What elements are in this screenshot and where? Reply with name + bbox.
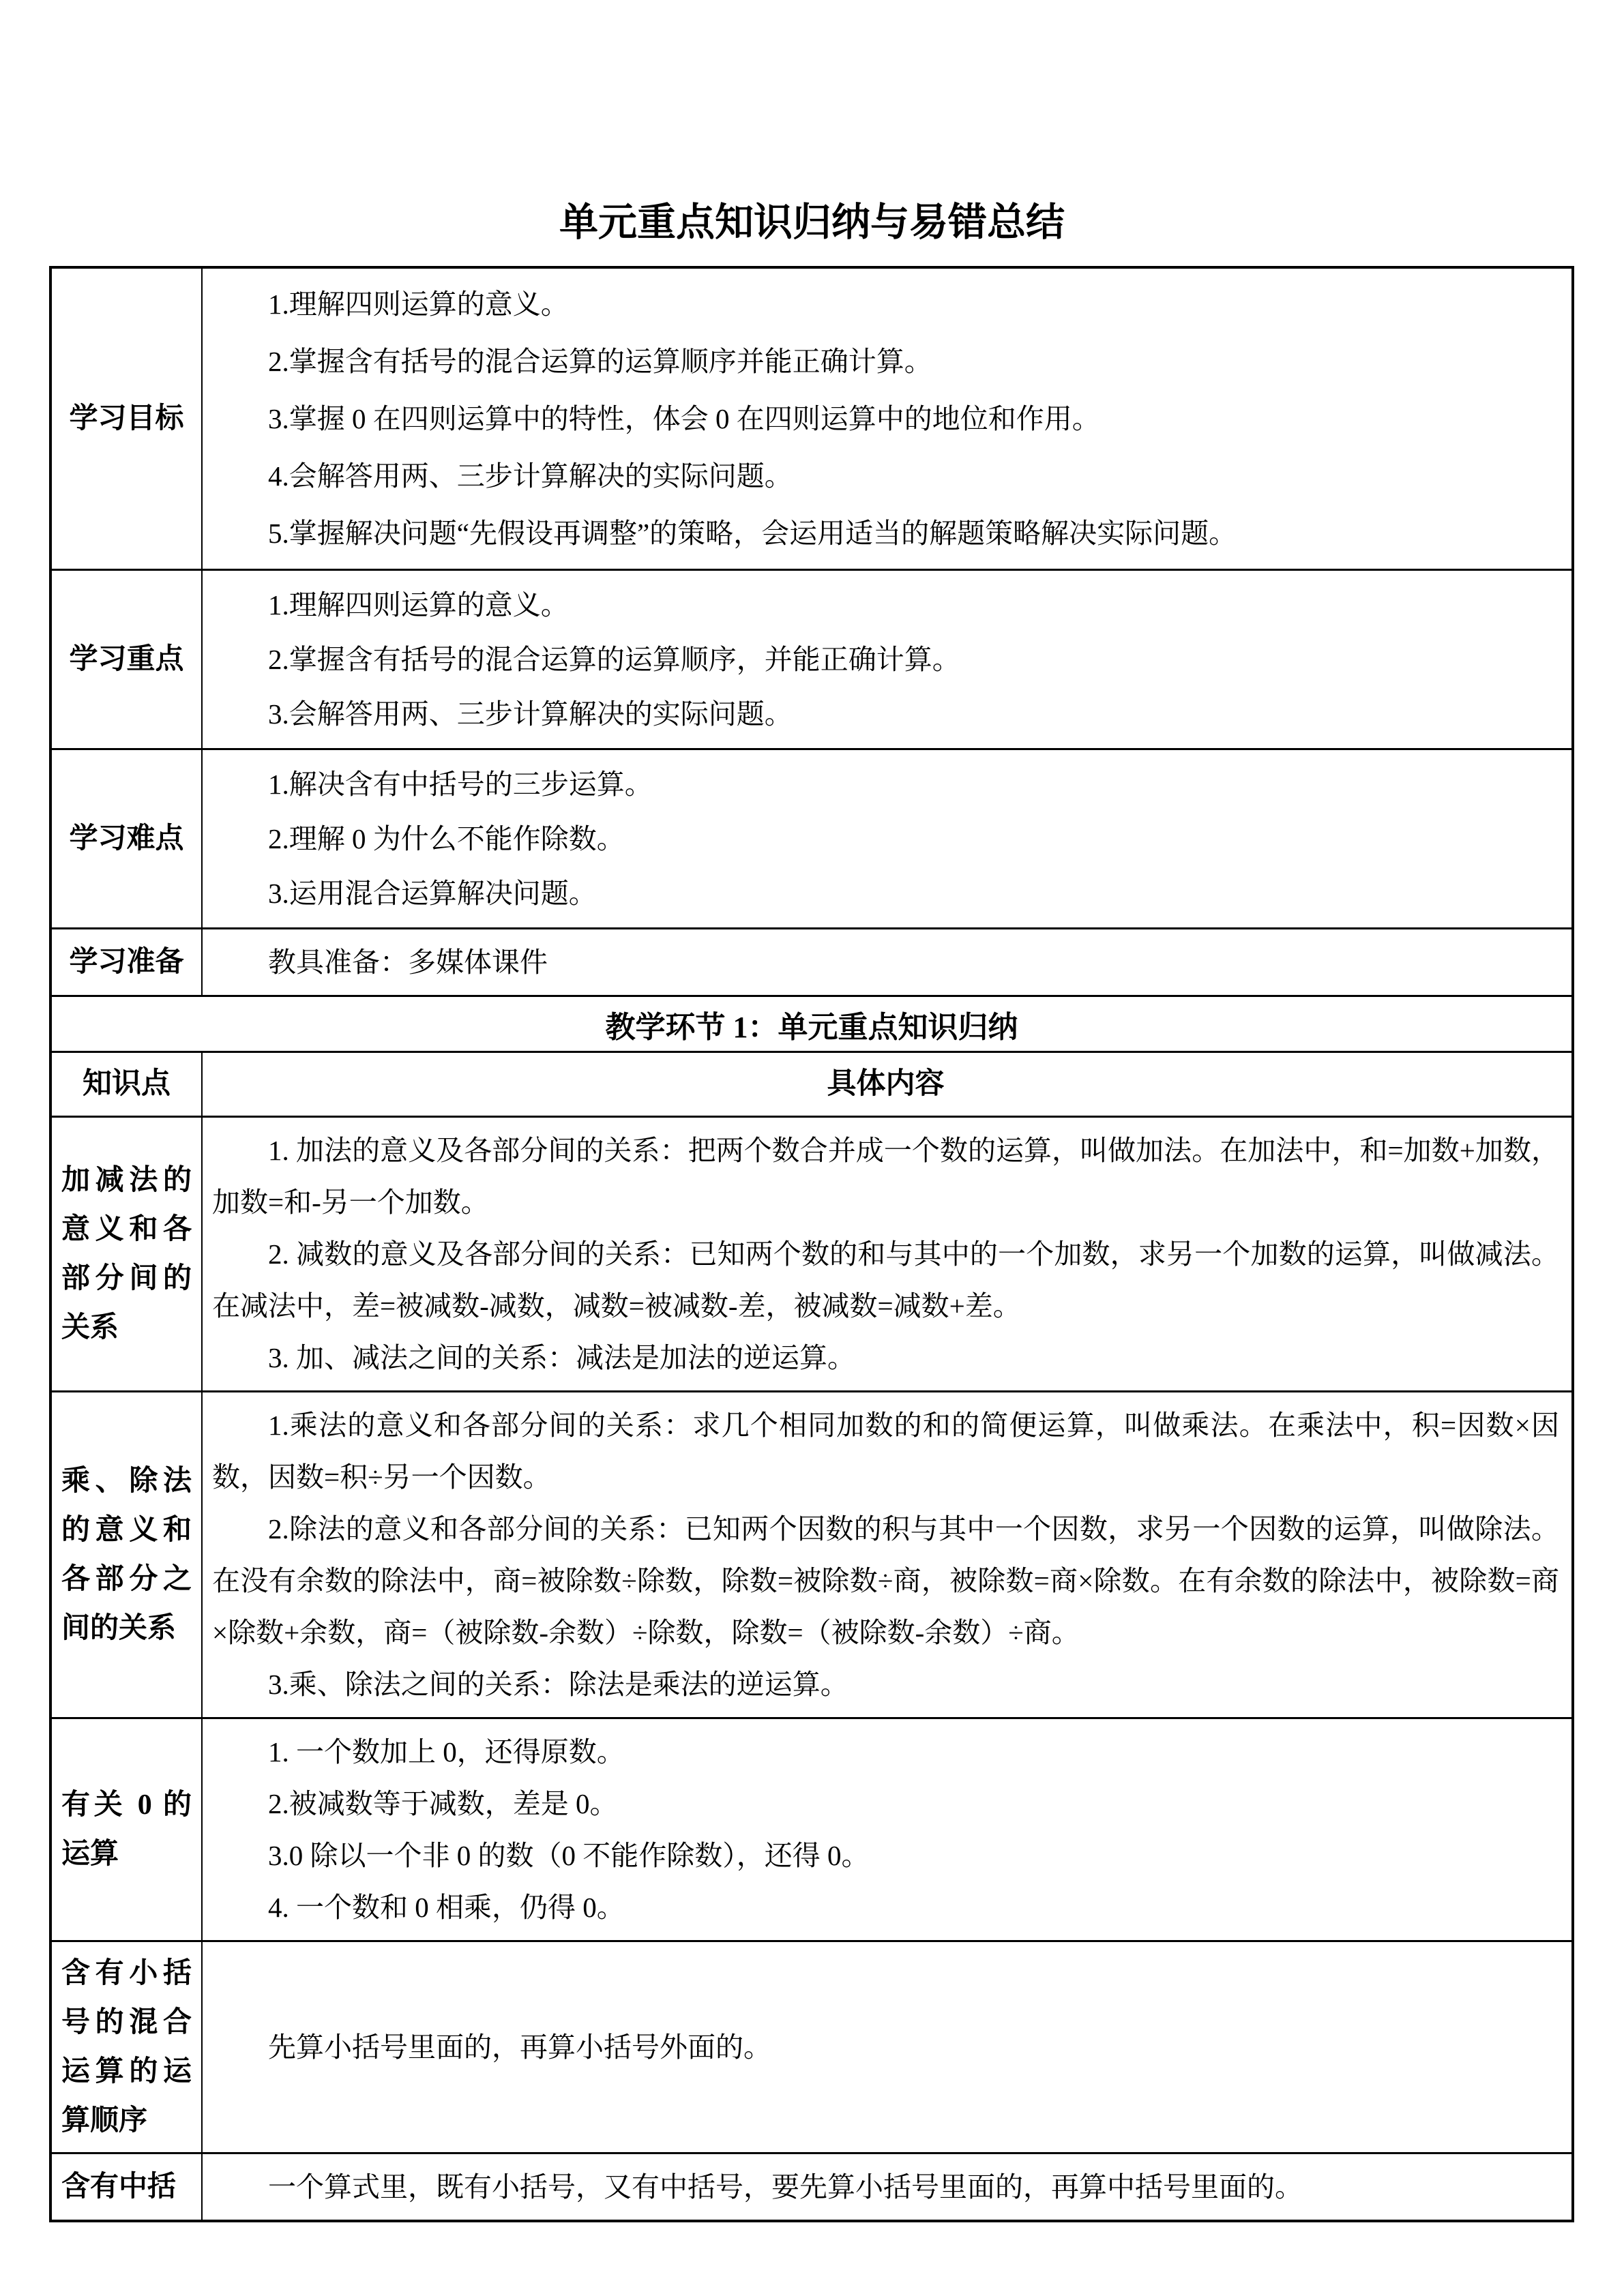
difficulty-item: 2.理解 0 为什么不能作除数。: [212, 811, 1559, 866]
content-cell-learning-difficulties: 1.解决含有中括号的三步运算。 2.理解 0 为什么不能作除数。 3.运用混合运…: [203, 750, 1571, 927]
knowledge-paragraph: 2.除法的意义和各部分间的关系：已知两个因数的积与其中一个因数，求另一个因数的运…: [212, 1503, 1559, 1658]
row-label: 含有小括号的混合运算的运算顺序: [61, 1949, 192, 2145]
header-cell-content: 具体内容: [203, 1053, 1571, 1116]
label-cell-parentheses-order: 含有小括号的混合运算的运算顺序: [52, 1942, 203, 2152]
difficulty-item: 1.解决含有中括号的三步运算。: [212, 757, 1559, 811]
label-cell-learning-objectives: 学习目标: [52, 269, 203, 569]
label-cell-learning-keypoints: 学习重点: [52, 571, 203, 748]
content-cell-learning-preparation: 教具准备：多媒体课件: [203, 929, 1571, 995]
row-label: 学习重点: [61, 635, 192, 684]
content-cell-multiplication-division: 1.乘法的意义和各部分间的关系：求几个相同加数的和的简便运算，叫做乘法。在乘法中…: [203, 1392, 1571, 1717]
content-cell-addition-subtraction: 1. 加法的意义及各部分间的关系：把两个数合并成一个数的运算，叫做加法。在加法中…: [203, 1118, 1571, 1390]
row-brackets-order: 含有中括 一个算式里，既有小括号，又有中括号，要先算小括号里面的，再算中括号里面…: [52, 2152, 1571, 2220]
row-learning-preparation: 学习准备 教具准备：多媒体课件: [52, 927, 1571, 995]
knowledge-paragraph: 3. 加、减法之间的关系：减法是加法的逆运算。: [212, 1332, 1559, 1384]
knowledge-paragraph: 先算小括号里面的，再算小括号外面的。: [212, 2021, 1559, 2073]
label-cell-learning-difficulties: 学习难点: [52, 750, 203, 927]
row-learning-objectives: 学习目标 1.理解四则运算的意义。 2.掌握含有括号的混合运算的运算顺序并能正确…: [52, 269, 1571, 569]
label-cell-learning-preparation: 学习准备: [52, 929, 203, 995]
keypoint-item: 1.理解四则运算的意义。: [212, 578, 1559, 632]
column-header: 具体内容: [827, 1064, 945, 1105]
row-zero-operations: 有关 0 的运算 1. 一个数加上 0，还得原数。 2.被减数等于减数，差是 0…: [52, 1717, 1571, 1940]
knowledge-paragraph: 一个算式里，既有小括号，又有中括号，要先算小括号里面的，再算中括号里面的。: [212, 2161, 1559, 2213]
knowledge-paragraph: 1. 加法的意义及各部分间的关系：把两个数合并成一个数的运算，叫做加法。在加法中…: [212, 1124, 1559, 1228]
content-cell-learning-keypoints: 1.理解四则运算的意义。 2.掌握含有括号的混合运算的运算顺序，并能正确计算。 …: [203, 571, 1571, 748]
knowledge-paragraph: 3.乘、除法之间的关系：除法是乘法的逆运算。: [212, 1658, 1559, 1710]
knowledge-paragraph: 1.乘法的意义和各部分间的关系：求几个相同加数的和的简便运算，叫做乘法。在乘法中…: [212, 1399, 1559, 1503]
zero-rule-item: 2.被减数等于减数，差是 0。: [212, 1778, 1559, 1830]
content-cell-zero-operations: 1. 一个数加上 0，还得原数。 2.被减数等于减数，差是 0。 3.0 除以一…: [203, 1719, 1571, 1940]
objective-item: 2.掌握含有括号的混合运算的运算顺序并能正确计算。: [212, 333, 1559, 390]
knowledge-paragraph: 2. 减数的意义及各部分间的关系：已知两个数的和与其中的一个加数，求另一个加数的…: [212, 1228, 1559, 1332]
keypoint-item: 2.掌握含有括号的混合运算的运算顺序，并能正确计算。: [212, 632, 1559, 687]
row-learning-keypoints: 学习重点 1.理解四则运算的意义。 2.掌握含有括号的混合运算的运算顺序，并能正…: [52, 569, 1571, 748]
label-cell-addition-subtraction: 加减法的意义和各部分间的关系: [52, 1118, 203, 1390]
row-label: 学习准备: [61, 938, 192, 987]
objective-item: 1.理解四则运算的意义。: [212, 275, 1559, 333]
header-cell-knowledge-point: 知识点: [52, 1053, 203, 1116]
content-cell-brackets-order: 一个算式里，既有小括号，又有中括号，要先算小括号里面的，再算中括号里面的。: [203, 2154, 1571, 2220]
row-column-headers: 知识点 具体内容: [52, 1051, 1571, 1116]
objective-item: 4.会解答用两、三步计算解决的实际问题。: [212, 447, 1559, 505]
row-label: 学习难点: [61, 814, 192, 863]
preparation-item: 教具准备：多媒体课件: [212, 936, 1559, 988]
page-title: 单元重点知识归纳与易错总结: [0, 202, 1624, 244]
zero-rule-item: 3.0 除以一个非 0 的数（0 不能作除数），还得 0。: [212, 1830, 1559, 1881]
keypoint-item: 3.会解答用两、三步计算解决的实际问题。: [212, 687, 1559, 741]
content-cell-parentheses-order: 先算小括号里面的，再算小括号外面的。: [203, 1942, 1571, 2152]
row-learning-difficulties: 学习难点 1.解决含有中括号的三步运算。 2.理解 0 为什么不能作除数。 3.…: [52, 748, 1571, 927]
row-label: 加减法的意义和各部分间的关系: [61, 1156, 192, 1352]
label-cell-zero-operations: 有关 0 的运算: [52, 1719, 203, 1940]
teaching-step-title: 教学环节 1：单元重点知识归纳: [606, 1002, 1018, 1046]
column-header: 知识点: [61, 1060, 192, 1109]
row-label: 含有中括: [61, 2162, 192, 2211]
objective-item: 3.掌握 0 在四则运算中的特性，体会 0 在四则运算中的地位和作用。: [212, 390, 1559, 447]
lesson-plan-table: 学习目标 1.理解四则运算的意义。 2.掌握含有括号的混合运算的运算顺序并能正确…: [49, 266, 1574, 2222]
row-teaching-step-banner: 教学环节 1：单元重点知识归纳: [52, 995, 1571, 1051]
row-parentheses-order: 含有小括号的混合运算的运算顺序 先算小括号里面的，再算小括号外面的。: [52, 1940, 1571, 2152]
objective-item: 5.掌握解决问题“先假设再调整”的策略，会运用适当的解题策略解决实际问题。: [212, 505, 1559, 562]
content-cell-learning-objectives: 1.理解四则运算的意义。 2.掌握含有括号的混合运算的运算顺序并能正确计算。 3…: [203, 269, 1571, 569]
zero-rule-item: 1. 一个数加上 0，还得原数。: [212, 1726, 1559, 1778]
row-addition-subtraction: 加减法的意义和各部分间的关系 1. 加法的意义及各部分间的关系：把两个数合并成一…: [52, 1116, 1571, 1390]
row-label: 乘、除法的意义和各部分之间的关系: [61, 1457, 192, 1653]
row-label: 有关 0 的运算: [61, 1780, 192, 1879]
label-cell-multiplication-division: 乘、除法的意义和各部分之间的关系: [52, 1392, 203, 1717]
difficulty-item: 3.运用混合运算解决问题。: [212, 866, 1559, 921]
label-cell-brackets-order: 含有中括: [52, 2154, 203, 2220]
zero-rule-item: 4. 一个数和 0 相乘，仍得 0。: [212, 1881, 1559, 1933]
document-page: { "page_title": "单元重点知识归纳与易错总结", "info_r…: [0, 0, 1624, 2296]
row-multiplication-division: 乘、除法的意义和各部分之间的关系 1.乘法的意义和各部分间的关系：求几个相同加数…: [52, 1390, 1571, 1717]
row-label: 学习目标: [61, 394, 192, 443]
